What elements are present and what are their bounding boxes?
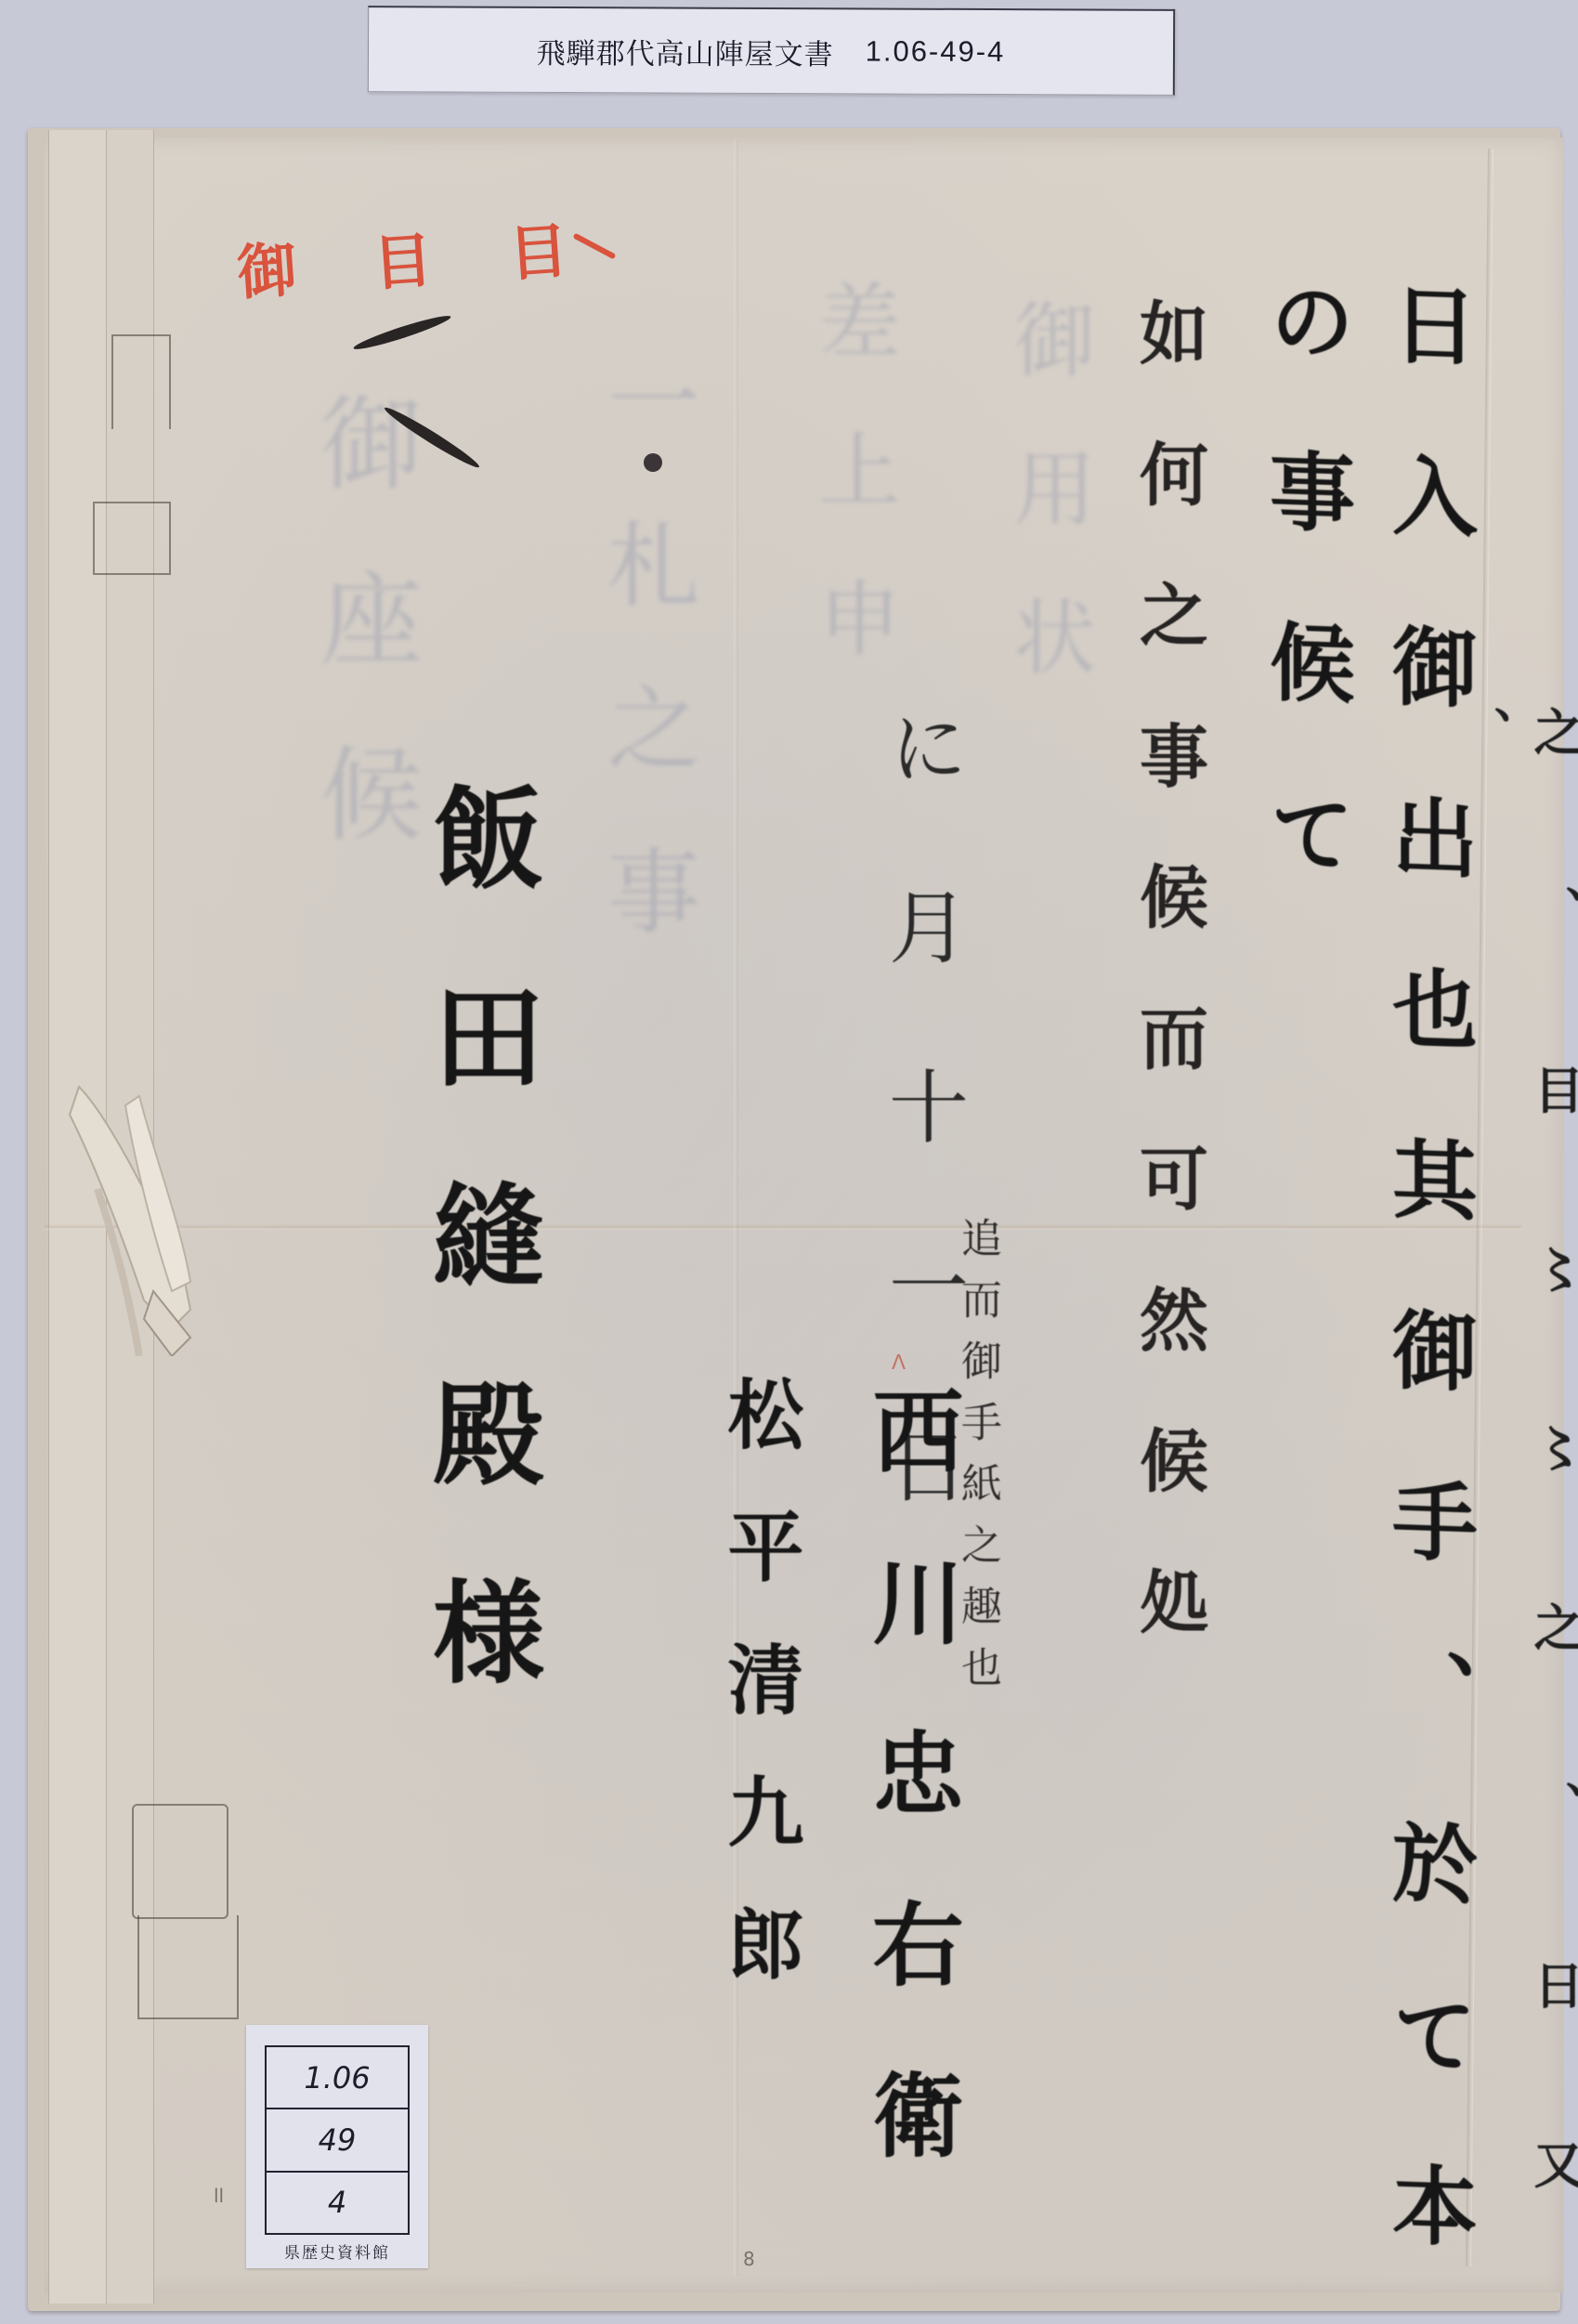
pencil-mark: 8 bbox=[743, 2248, 755, 2270]
pencil-mark: ll bbox=[214, 2185, 224, 2207]
id-series: 1.06 bbox=[267, 2047, 408, 2108]
signature-matsudaira: 松 平 清 九 郎 bbox=[706, 1375, 815, 1995]
id-grid: 1.06 49 4 bbox=[265, 2045, 410, 2235]
pencil-outline-box bbox=[111, 334, 171, 429]
bleed-through-text: 一 札 之 事 bbox=[594, 353, 697, 956]
ink-spot bbox=[644, 453, 662, 472]
signature-nishikawa: 西 川 忠 右 衛 bbox=[845, 1384, 976, 2183]
archive-name: 県歴史資料館 bbox=[246, 2239, 428, 2263]
red-kao-mark: ᐱ bbox=[892, 1351, 906, 1375]
bleed-through-text: 御 用 状 bbox=[1003, 297, 1093, 697]
paper-twist-binding-icon bbox=[42, 1077, 200, 1356]
pencil-outline-box bbox=[93, 502, 171, 575]
id-box: 49 bbox=[267, 2108, 408, 2170]
archive-id-label: 1.06 49 4 県歴史資料館 bbox=[246, 2025, 428, 2268]
addressee: 飯 田 縫 殿 様 bbox=[399, 780, 559, 1710]
id-item: 4 bbox=[267, 2171, 408, 2233]
pencil-outline-box bbox=[132, 1804, 228, 1919]
pencil-outline-box bbox=[137, 1915, 239, 2019]
bleed-through-text: 差 上 申 bbox=[808, 279, 898, 678]
document-code: 1.06-49-4 bbox=[866, 34, 1006, 69]
collection-title-label: 飛騨郡代高山陣屋文書 1.06-49-4 bbox=[368, 6, 1175, 96]
text-column-2: 如 何 之 事 候 而 可 然 候 処 bbox=[1119, 297, 1218, 1659]
collection-title: 飛騨郡代高山陣屋文書 bbox=[537, 29, 834, 72]
text-column-1: 日 入 御 出 也 其 御 手 、 於 て 本 の 事 候 て bbox=[1245, 274, 1490, 2324]
